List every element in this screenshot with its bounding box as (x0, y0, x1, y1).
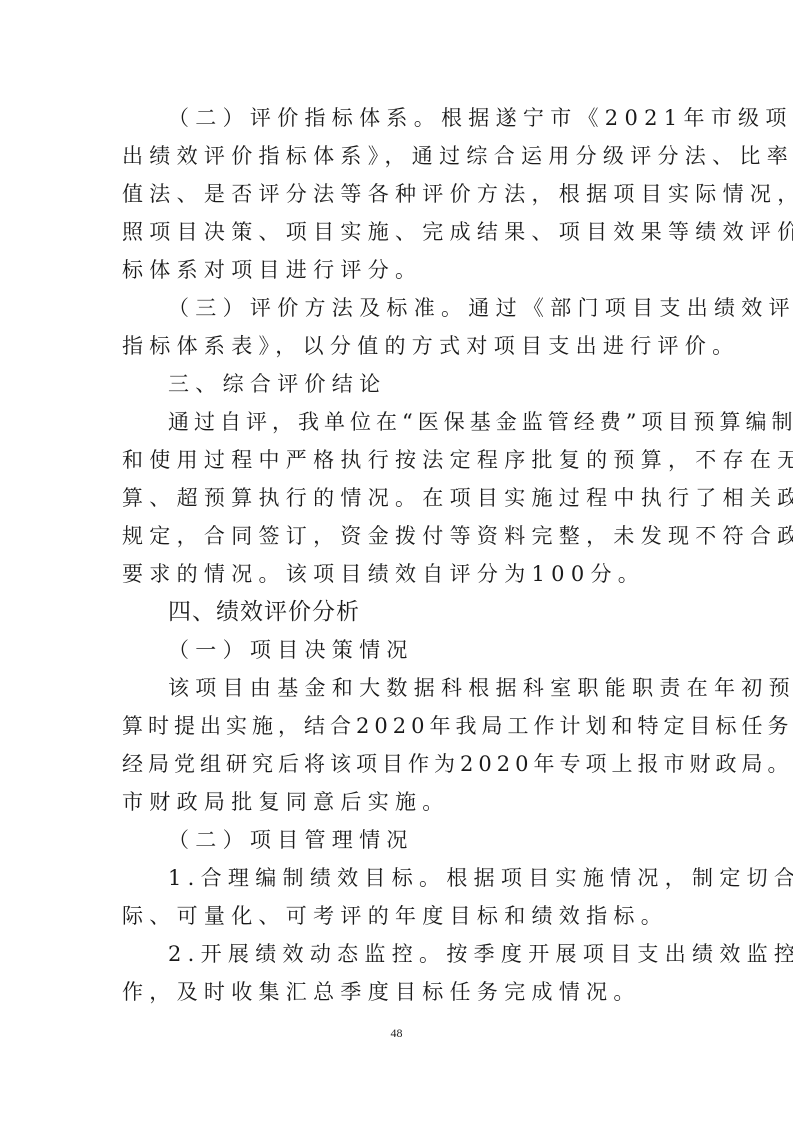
paragraph-line: 照项目决策、项目实施、完成结果、项目效果等绩效评价指 (122, 218, 793, 246)
paragraph-line: 要求的情况。该项目绩效自评分为100分。 (122, 560, 645, 588)
paragraph-line: 规定，合同签订，资金拨付等资料完整，未发现不符合政策 (122, 522, 793, 550)
paragraph-line: 通过自评，我单位在“医保基金监管经费”项目预算编制 (168, 408, 793, 436)
paragraph-line: 经局党组研究后将该项目作为2020年专项上报市财政局。 (122, 750, 793, 778)
paragraph-line: 2.开展绩效动态监控。按季度开展项目支出绩效监控工 (168, 940, 793, 968)
section-heading: 三、综合评价结论 (168, 370, 386, 398)
paragraph-line: 出绩效评价指标体系》，通过综合运用分级评分法、比率分 (122, 142, 793, 170)
paragraph-line: 标体系对项目进行评分。 (122, 256, 422, 284)
paragraph-line: 算、超预算执行的情况。在项目实施过程中执行了相关政策 (122, 484, 793, 512)
paragraph-line: 市财政局批复同意后实施。 (122, 788, 450, 816)
paragraph-line: 际、可量化、可考评的年度目标和绩效指标。 (122, 902, 668, 930)
paragraph-line: 指标体系表》，以分值的方式对项目支出进行评价。 (122, 332, 739, 360)
section-heading: 四、绩效评价分析 (168, 598, 360, 626)
paragraph-line: 1.合理编制绩效目标。根据项目实施情况，制定切合实 (168, 864, 793, 892)
subsection-heading: （二）项目管理情况 (168, 826, 414, 854)
paragraph-line: 和使用过程中严格执行按法定程序批复的预算，不存在无预 (122, 446, 793, 474)
paragraph-line: （三）评价方法及标准。通过《部门项目支出绩效评价 (168, 294, 793, 322)
paragraph-line: 值法、是否评分法等各种评价方法，根据项目实际情况，按 (122, 180, 793, 208)
paragraph-line: 该项目由基金和大数据科根据科室职能职责在年初预 (168, 674, 793, 702)
page-number: 48 (0, 1026, 793, 1041)
subsection-heading: （一）项目决策情况 (168, 636, 414, 664)
paragraph-line: 算时提出实施，结合2020年我局工作计划和特定目标任务， (122, 712, 793, 740)
paragraph-line: （二）评价指标体系。根据遂宁市《2021年市级项目支 (168, 104, 793, 132)
paragraph-line: 作，及时收集汇总季度目标任务完成情况。 (122, 978, 641, 1006)
